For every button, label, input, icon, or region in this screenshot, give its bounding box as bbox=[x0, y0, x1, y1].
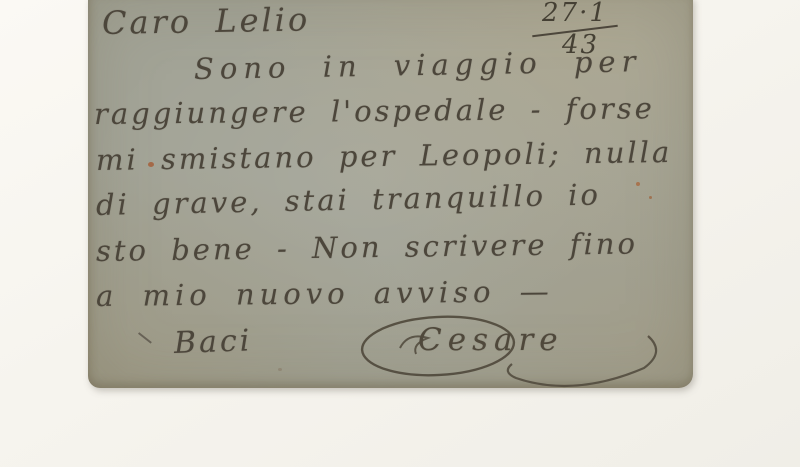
salutation: Caro Lelio bbox=[102, 0, 311, 42]
paper-stain bbox=[278, 368, 282, 371]
scanner-background: Caro Lelio 27·1 43 Sono in viaggio per r… bbox=[0, 0, 800, 467]
ink-mark bbox=[138, 324, 158, 343]
letter-line: di grave, stai tranquillo io bbox=[96, 177, 602, 222]
paper-stain bbox=[649, 196, 652, 199]
signature-name: Cesare bbox=[418, 322, 564, 358]
letter-line: mi smistano per Leopoli; nulla bbox=[96, 135, 673, 177]
date-day-month: 27·1 bbox=[542, 0, 608, 28]
letter-line: Sono in viaggio per bbox=[194, 44, 642, 86]
paper-stain bbox=[636, 182, 640, 186]
closing: Baci bbox=[173, 323, 253, 361]
signature: Cesare bbox=[356, 308, 676, 388]
letter-line: raggiungere l'ospedale - forse bbox=[94, 91, 655, 131]
postcard: Caro Lelio 27·1 43 Sono in viaggio per r… bbox=[88, 0, 693, 388]
letter-line: sto bene - Non scrivere fino bbox=[96, 226, 638, 268]
paper-stain bbox=[148, 162, 154, 167]
